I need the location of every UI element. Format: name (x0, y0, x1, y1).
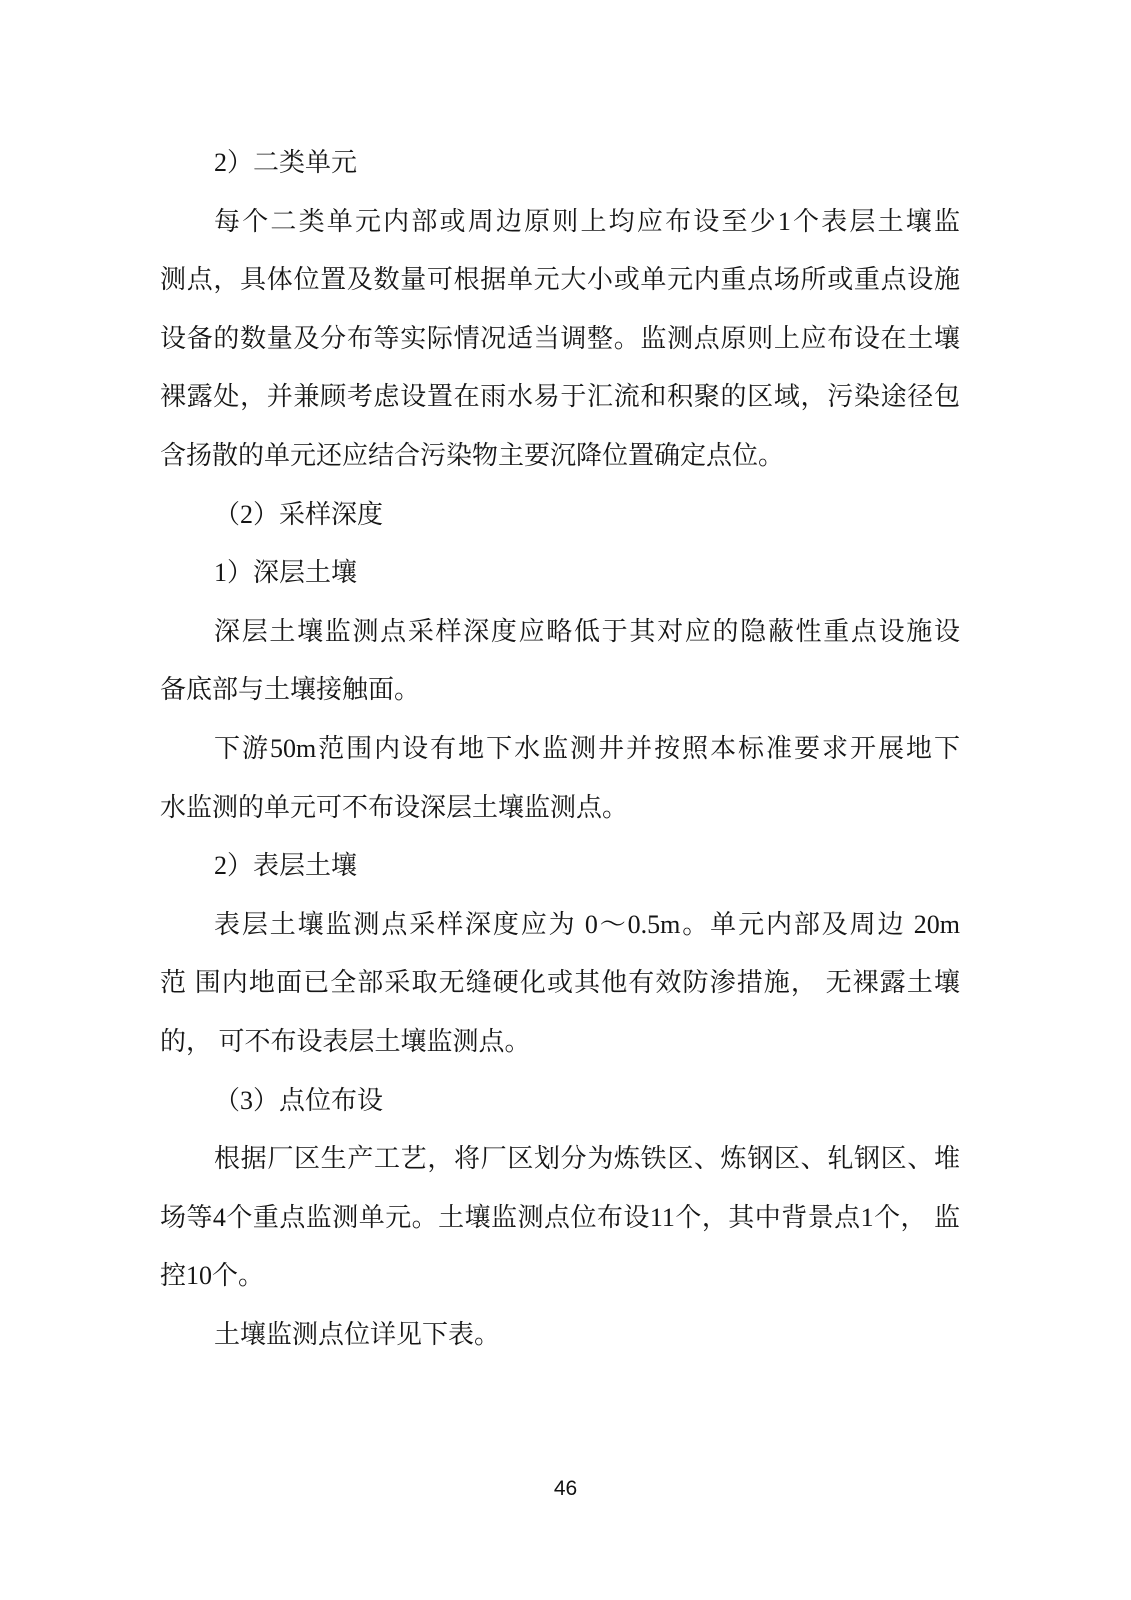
page-number: 46 (0, 1477, 1131, 1501)
paragraph-line: 深层土壤监测点采样深度应略低于其对应的隐蔽性重点设施设 (160, 603, 960, 662)
paragraph-line: 场等4个重点监测单元。土壤监测点位布设11个，其中背景点1个， 监 (160, 1189, 960, 1248)
document-body: 2）二类单元 每个二类单元内部或周边原则上均应布设至少1个表层土壤监 测点，具体… (160, 134, 960, 1364)
paragraph-line: 范 围内地面已全部采取无缝硬化或其他有效防渗措施， 无裸露土壤 (160, 954, 960, 1013)
paragraph-line: 土壤监测点位详见下表。 (160, 1306, 960, 1365)
heading-second-class-unit: 2）二类单元 (160, 134, 960, 193)
paragraph-line: 裸露处，并兼顾考虑设置在雨水易于汇流和积聚的区域，污染途径包 (160, 368, 960, 427)
paragraph-line: 含扬散的单元还应结合污染物主要沉降位置确定点位。 (160, 427, 960, 486)
paragraph-line: 表层土壤监测点采样深度应为 0～0.5m。单元内部及周边 20m (160, 896, 960, 955)
paragraph-line: 控10个。 (160, 1247, 960, 1306)
paragraph-line: 下游50m范围内设有地下水监测井并按照本标准要求开展地下 (160, 720, 960, 779)
paragraph-line: 水监测的单元可不布设深层土壤监测点。 (160, 779, 960, 838)
paragraph-line: 设备的数量及分布等实际情况适当调整。监测点原则上应布设在土壤 (160, 310, 960, 369)
heading-sampling-depth: （2）采样深度 (160, 486, 960, 545)
heading-point-layout: （3）点位布设 (160, 1072, 960, 1131)
paragraph-line: 每个二类单元内部或周边原则上均应布设至少1个表层土壤监 (160, 193, 960, 252)
paragraph-line: 测点，具体位置及数量可根据单元大小或单元内重点场所或重点设施 (160, 251, 960, 310)
document-page: 2）二类单元 每个二类单元内部或周边原则上均应布设至少1个表层土壤监 测点，具体… (0, 0, 1131, 1600)
heading-deep-soil: 1）深层土壤 (160, 544, 960, 603)
paragraph-line: 的， 可不布设表层土壤监测点。 (160, 1013, 960, 1072)
paragraph-line: 根据厂区生产工艺，将厂区划分为炼铁区、炼钢区、轧钢区、堆 (160, 1130, 960, 1189)
heading-surface-soil: 2）表层土壤 (160, 837, 960, 896)
paragraph-line: 备底部与土壤接触面。 (160, 661, 960, 720)
